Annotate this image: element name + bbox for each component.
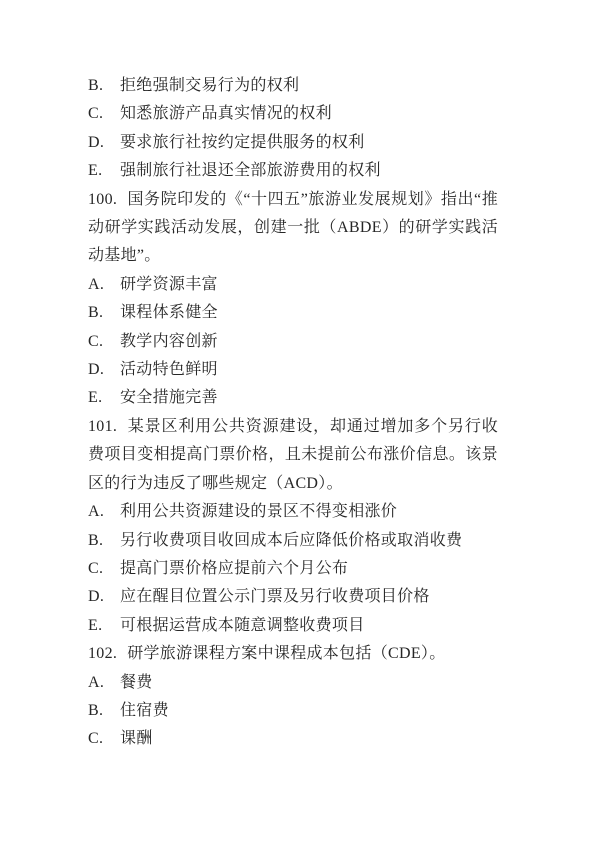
option-item: C.课酬 [88, 725, 498, 753]
option-text: 提高门票价格应提前六个月公布 [120, 560, 348, 577]
option-text: 知悉旅游产品真实情况的权利 [120, 105, 332, 122]
option-label: B. [88, 72, 108, 100]
question-text: 某景区利用公共资源建设，却通过增加多个另行收费项目变相提高门票价格，且未提前公布… [88, 418, 498, 492]
option-text: 强制旅行社退还全部旅游费用的权利 [120, 162, 381, 179]
option-text: 课程体系健全 [120, 304, 218, 321]
option-item: B.课程体系健全 [88, 299, 498, 327]
option-label: B. [88, 697, 108, 725]
option-text: 另行收费项目收回成本后应降低价格或取消收费 [120, 532, 462, 549]
option-item: D.要求旅行社按约定提供服务的权利 [88, 129, 498, 157]
option-text: 拒绝强制交易行为的权利 [120, 77, 299, 94]
option-text: 要求旅行社按约定提供服务的权利 [120, 134, 365, 151]
option-item: B.另行收费项目收回成本后应降低价格或取消收费 [88, 527, 498, 555]
option-label: A. [88, 498, 108, 526]
document-page: B.拒绝强制交易行为的权利 C.知悉旅游产品真实情况的权利 D.要求旅行社按约定… [0, 0, 600, 849]
option-text: 应在醒目位置公示门票及另行收费项目价格 [120, 588, 430, 605]
question-number: 100. [88, 191, 117, 208]
option-label: E. [88, 384, 108, 412]
option-item: B.拒绝强制交易行为的权利 [88, 72, 498, 100]
option-item: D.活动特色鲜明 [88, 356, 498, 384]
option-label: D. [88, 356, 108, 384]
question-101: 101.某景区利用公共资源建设，却通过增加多个另行收费项目变相提高门票价格，且未… [88, 413, 498, 498]
option-label: E. [88, 157, 108, 185]
option-item: A.研学资源丰富 [88, 271, 498, 299]
option-label: B. [88, 299, 108, 327]
option-label: D. [88, 583, 108, 611]
option-item: A.利用公共资源建设的景区不得变相涨价 [88, 498, 498, 526]
option-text: 课酬 [120, 730, 153, 747]
option-text: 安全措施完善 [120, 389, 218, 406]
option-label: A. [88, 669, 108, 697]
option-item: E.强制旅行社退还全部旅游费用的权利 [88, 157, 498, 185]
option-label: E. [88, 612, 108, 640]
exam-text-block: B.拒绝强制交易行为的权利 C.知悉旅游产品真实情况的权利 D.要求旅行社按约定… [88, 72, 498, 754]
option-item: D.应在醒目位置公示门票及另行收费项目价格 [88, 583, 498, 611]
question-100: 100.国务院印发的《“十四五”旅游业发展规划》指出“推动研学实践活动发展，创建… [88, 186, 498, 271]
option-text: 餐费 [120, 674, 153, 691]
option-label: D. [88, 129, 108, 157]
option-item: E.安全措施完善 [88, 384, 498, 412]
option-item: C.提高门票价格应提前六个月公布 [88, 555, 498, 583]
option-label: C. [88, 328, 108, 356]
option-label: A. [88, 271, 108, 299]
option-item: A.餐费 [88, 669, 498, 697]
option-item: E.可根据运营成本随意调整收费项目 [88, 612, 498, 640]
option-label: C. [88, 725, 108, 753]
option-item: C.知悉旅游产品真实情况的权利 [88, 100, 498, 128]
option-text: 住宿费 [120, 702, 169, 719]
option-item: C.教学内容创新 [88, 328, 498, 356]
option-text: 活动特色鲜明 [120, 361, 218, 378]
option-label: C. [88, 555, 108, 583]
option-text: 教学内容创新 [120, 333, 218, 350]
question-text: 研学旅游课程方案中课程成本包括（CDE）。 [127, 645, 445, 662]
option-text: 可根据运营成本随意调整收费项目 [120, 617, 365, 634]
question-number: 101. [88, 418, 117, 435]
option-text: 利用公共资源建设的景区不得变相涨价 [120, 503, 397, 520]
option-item: B.住宿费 [88, 697, 498, 725]
question-102: 102.研学旅游课程方案中课程成本包括（CDE）。 [88, 640, 498, 668]
option-label: C. [88, 100, 108, 128]
option-label: B. [88, 527, 108, 555]
option-text: 研学资源丰富 [120, 276, 218, 293]
question-number: 102. [88, 645, 117, 662]
question-text: 国务院印发的《“十四五”旅游业发展规划》指出“推动研学实践活动发展，创建一批（A… [88, 191, 498, 265]
